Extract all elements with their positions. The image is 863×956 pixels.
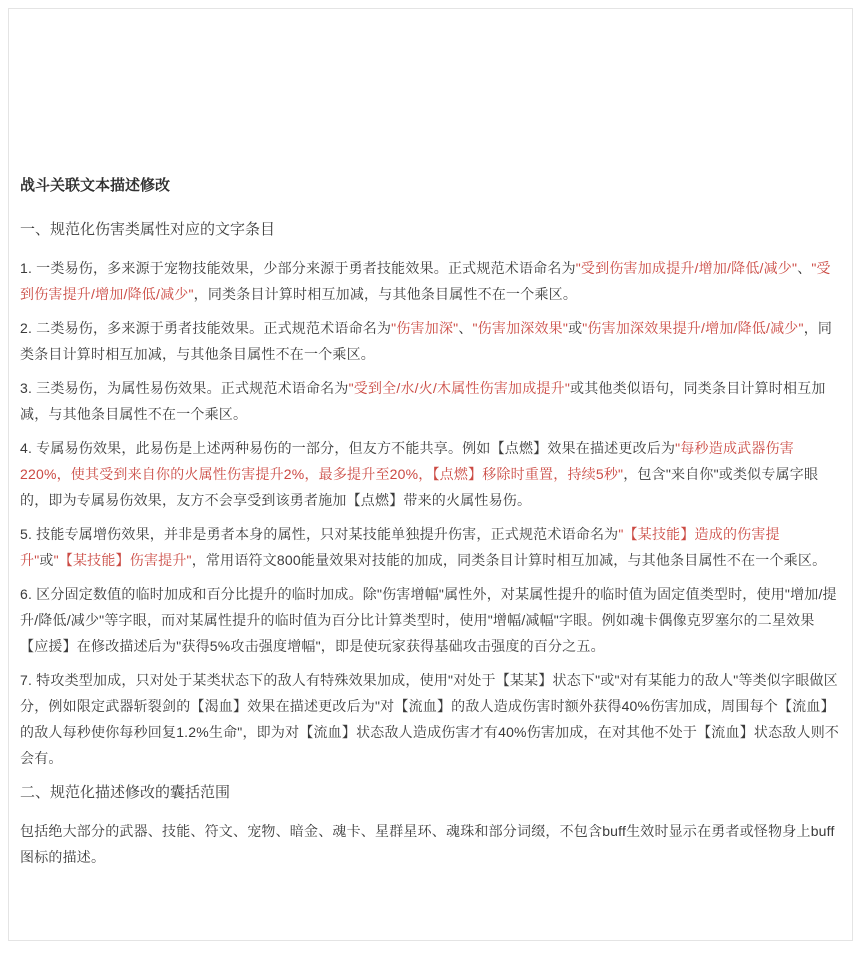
paragraph: 2. 二类易伤，多来源于勇者技能效果。正式规范术语命名为"伤害加深"、"伤害加深…: [20, 315, 840, 367]
text-run: 1. 一类易伤，多来源于宠物技能效果，少部分来源于勇者技能效果。正式规范术语命名…: [20, 260, 576, 276]
paragraph: 5. 技能专属增伤效果，并非是勇者本身的属性，只对某技能单独提升伤害，正式规范术…: [20, 521, 840, 573]
highlighted-term: "伤害加深效果提升/增加/降低/减少": [582, 320, 803, 336]
document-body: 一、规范化伤害类属性对应的文字条目1. 一类易伤，多来源于宠物技能效果，少部分来…: [20, 218, 840, 870]
text-run: 5. 技能专属增伤效果，并非是勇者本身的属性，只对某技能单独提升伤害，正式规范术…: [20, 526, 618, 542]
text-run: 2. 二类易伤，多来源于勇者技能效果。正式规范术语命名为: [20, 320, 391, 336]
text-run: 或: [568, 320, 582, 336]
paragraph: 3. 三类易伤，为属性易伤效果。正式规范术语命名为"受到全/水/火/木属性伤害加…: [20, 375, 840, 427]
text-run: 、: [797, 260, 811, 276]
document-title: 战斗关联文本描述修改: [20, 175, 840, 196]
highlighted-term: "【某技能】伤害提升": [54, 552, 192, 568]
article-content: 战斗关联文本描述修改 一、规范化伤害类属性对应的文字条目1. 一类易伤，多来源于…: [9, 9, 852, 870]
text-run: 包括绝大部分的武器、技能、符文、宠物、暗金、魂卡、星群星环、魂珠和部分词缀，不包…: [20, 823, 835, 865]
text-run: ，同类条目计算时相互加减，与其他条目属性不在一个乘区。: [194, 286, 577, 302]
text-run: 4. 专属易伤效果，此易伤是上述两种易伤的一部分，但友方不能共享。例如【点燃】效…: [20, 440, 675, 456]
highlighted-term: "伤害加深效果": [473, 320, 569, 336]
highlighted-term: "受到全/水/火/木属性伤害加成提升": [349, 380, 570, 396]
text-run: 6. 区分固定数值的临时加成和百分比提升的临时加成。除"伤害增幅"属性外，对某属…: [20, 586, 837, 654]
text-run: 3. 三类易伤，为属性易伤效果。正式规范术语命名为: [20, 380, 349, 396]
text-run: 、: [458, 320, 472, 336]
article-card: 战斗关联文本描述修改 一、规范化伤害类属性对应的文字条目1. 一类易伤，多来源于…: [8, 8, 853, 941]
paragraph: 4. 专属易伤效果，此易伤是上述两种易伤的一部分，但友方不能共享。例如【点燃】效…: [20, 435, 840, 513]
paragraph: 包括绝大部分的武器、技能、符文、宠物、暗金、魂卡、星群星环、魂珠和部分词缀，不包…: [20, 818, 840, 870]
highlighted-term: "伤害加深": [391, 320, 458, 336]
paragraph: 6. 区分固定数值的临时加成和百分比提升的临时加成。除"伤害增幅"属性外，对某属…: [20, 581, 840, 659]
section-heading: 二、规范化描述修改的囊括范围: [20, 781, 840, 805]
text-run: 7. 特攻类型加成，只对处于某类状态下的敌人有特殊效果加成，使用"对处于【某某】…: [20, 672, 839, 766]
highlighted-term: "受到伤害加成提升/增加/降低/减少": [576, 260, 797, 276]
paragraph: 1. 一类易伤，多来源于宠物技能效果，少部分来源于勇者技能效果。正式规范术语命名…: [20, 255, 840, 307]
text-run: ，常用语符文800能量效果对技能的加成，同类条目计算时相互加减，与其他条目属性不…: [192, 552, 827, 568]
paragraph: 7. 特攻类型加成，只对处于某类状态下的敌人有特殊效果加成，使用"对处于【某某】…: [20, 667, 840, 771]
section-heading: 一、规范化伤害类属性对应的文字条目: [20, 218, 840, 242]
text-run: 或: [39, 552, 53, 568]
page: 战斗关联文本描述修改 一、规范化伤害类属性对应的文字条目1. 一类易伤，多来源于…: [0, 0, 863, 956]
